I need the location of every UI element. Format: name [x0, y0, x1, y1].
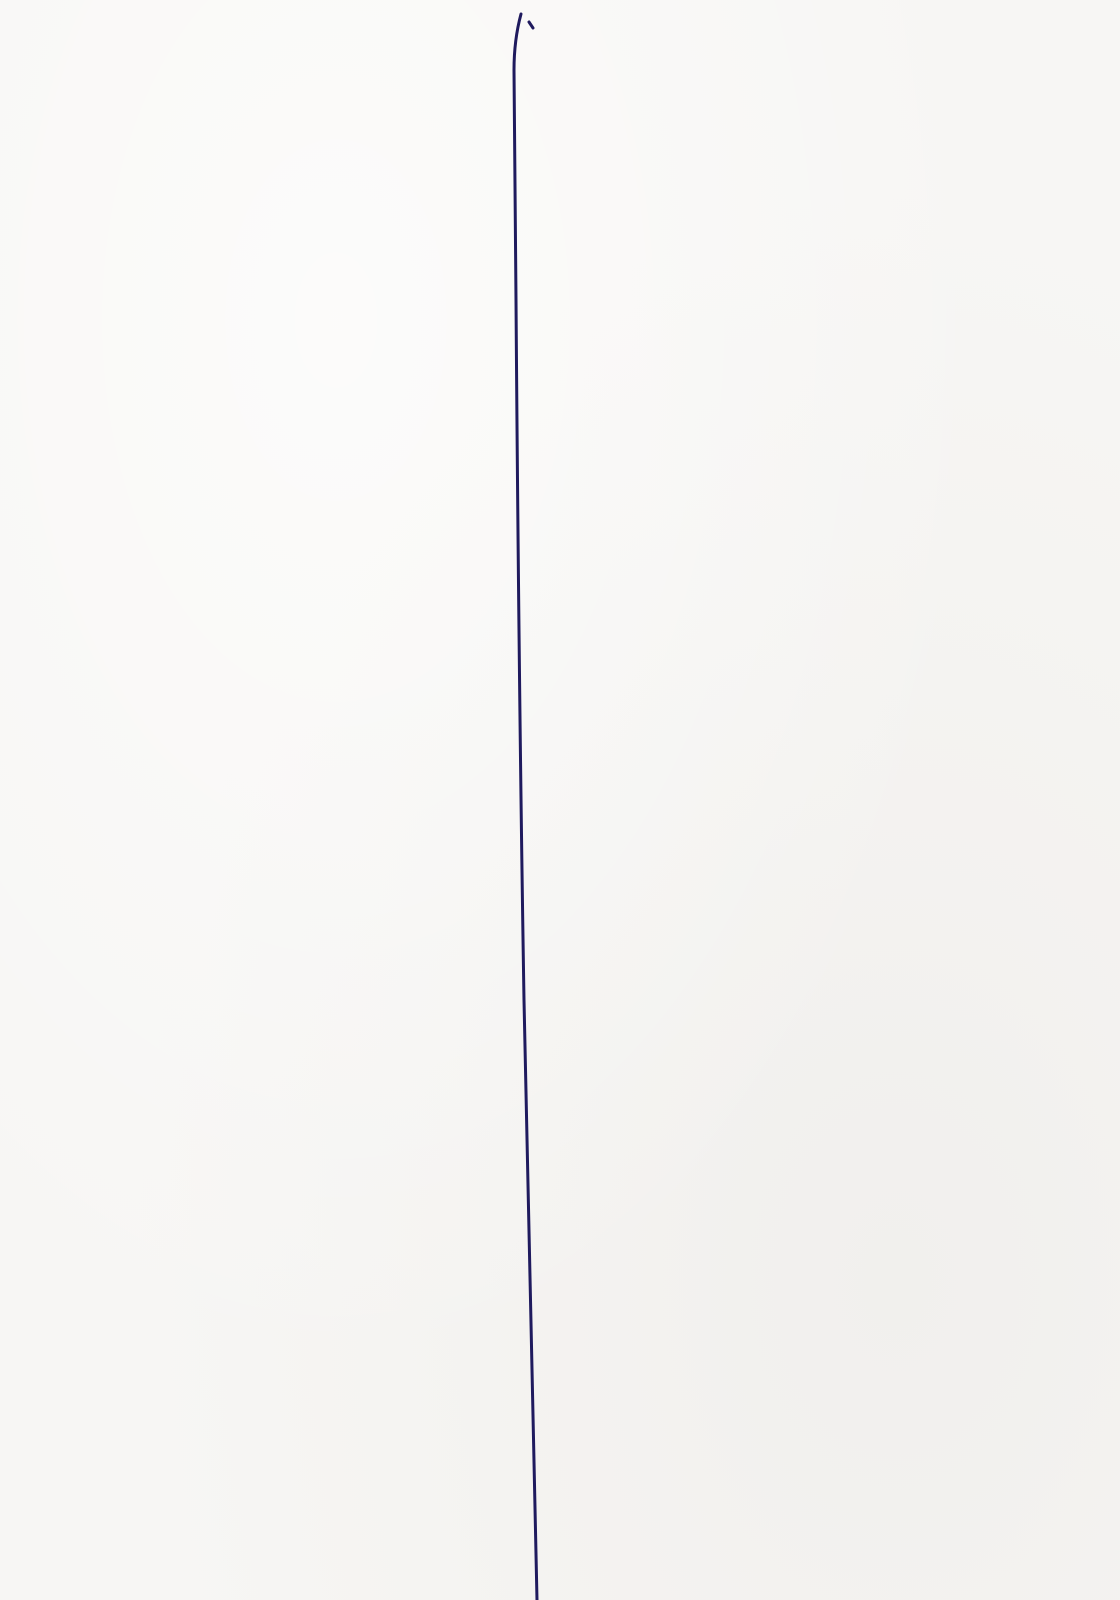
paper-background: [0, 0, 1120, 1600]
